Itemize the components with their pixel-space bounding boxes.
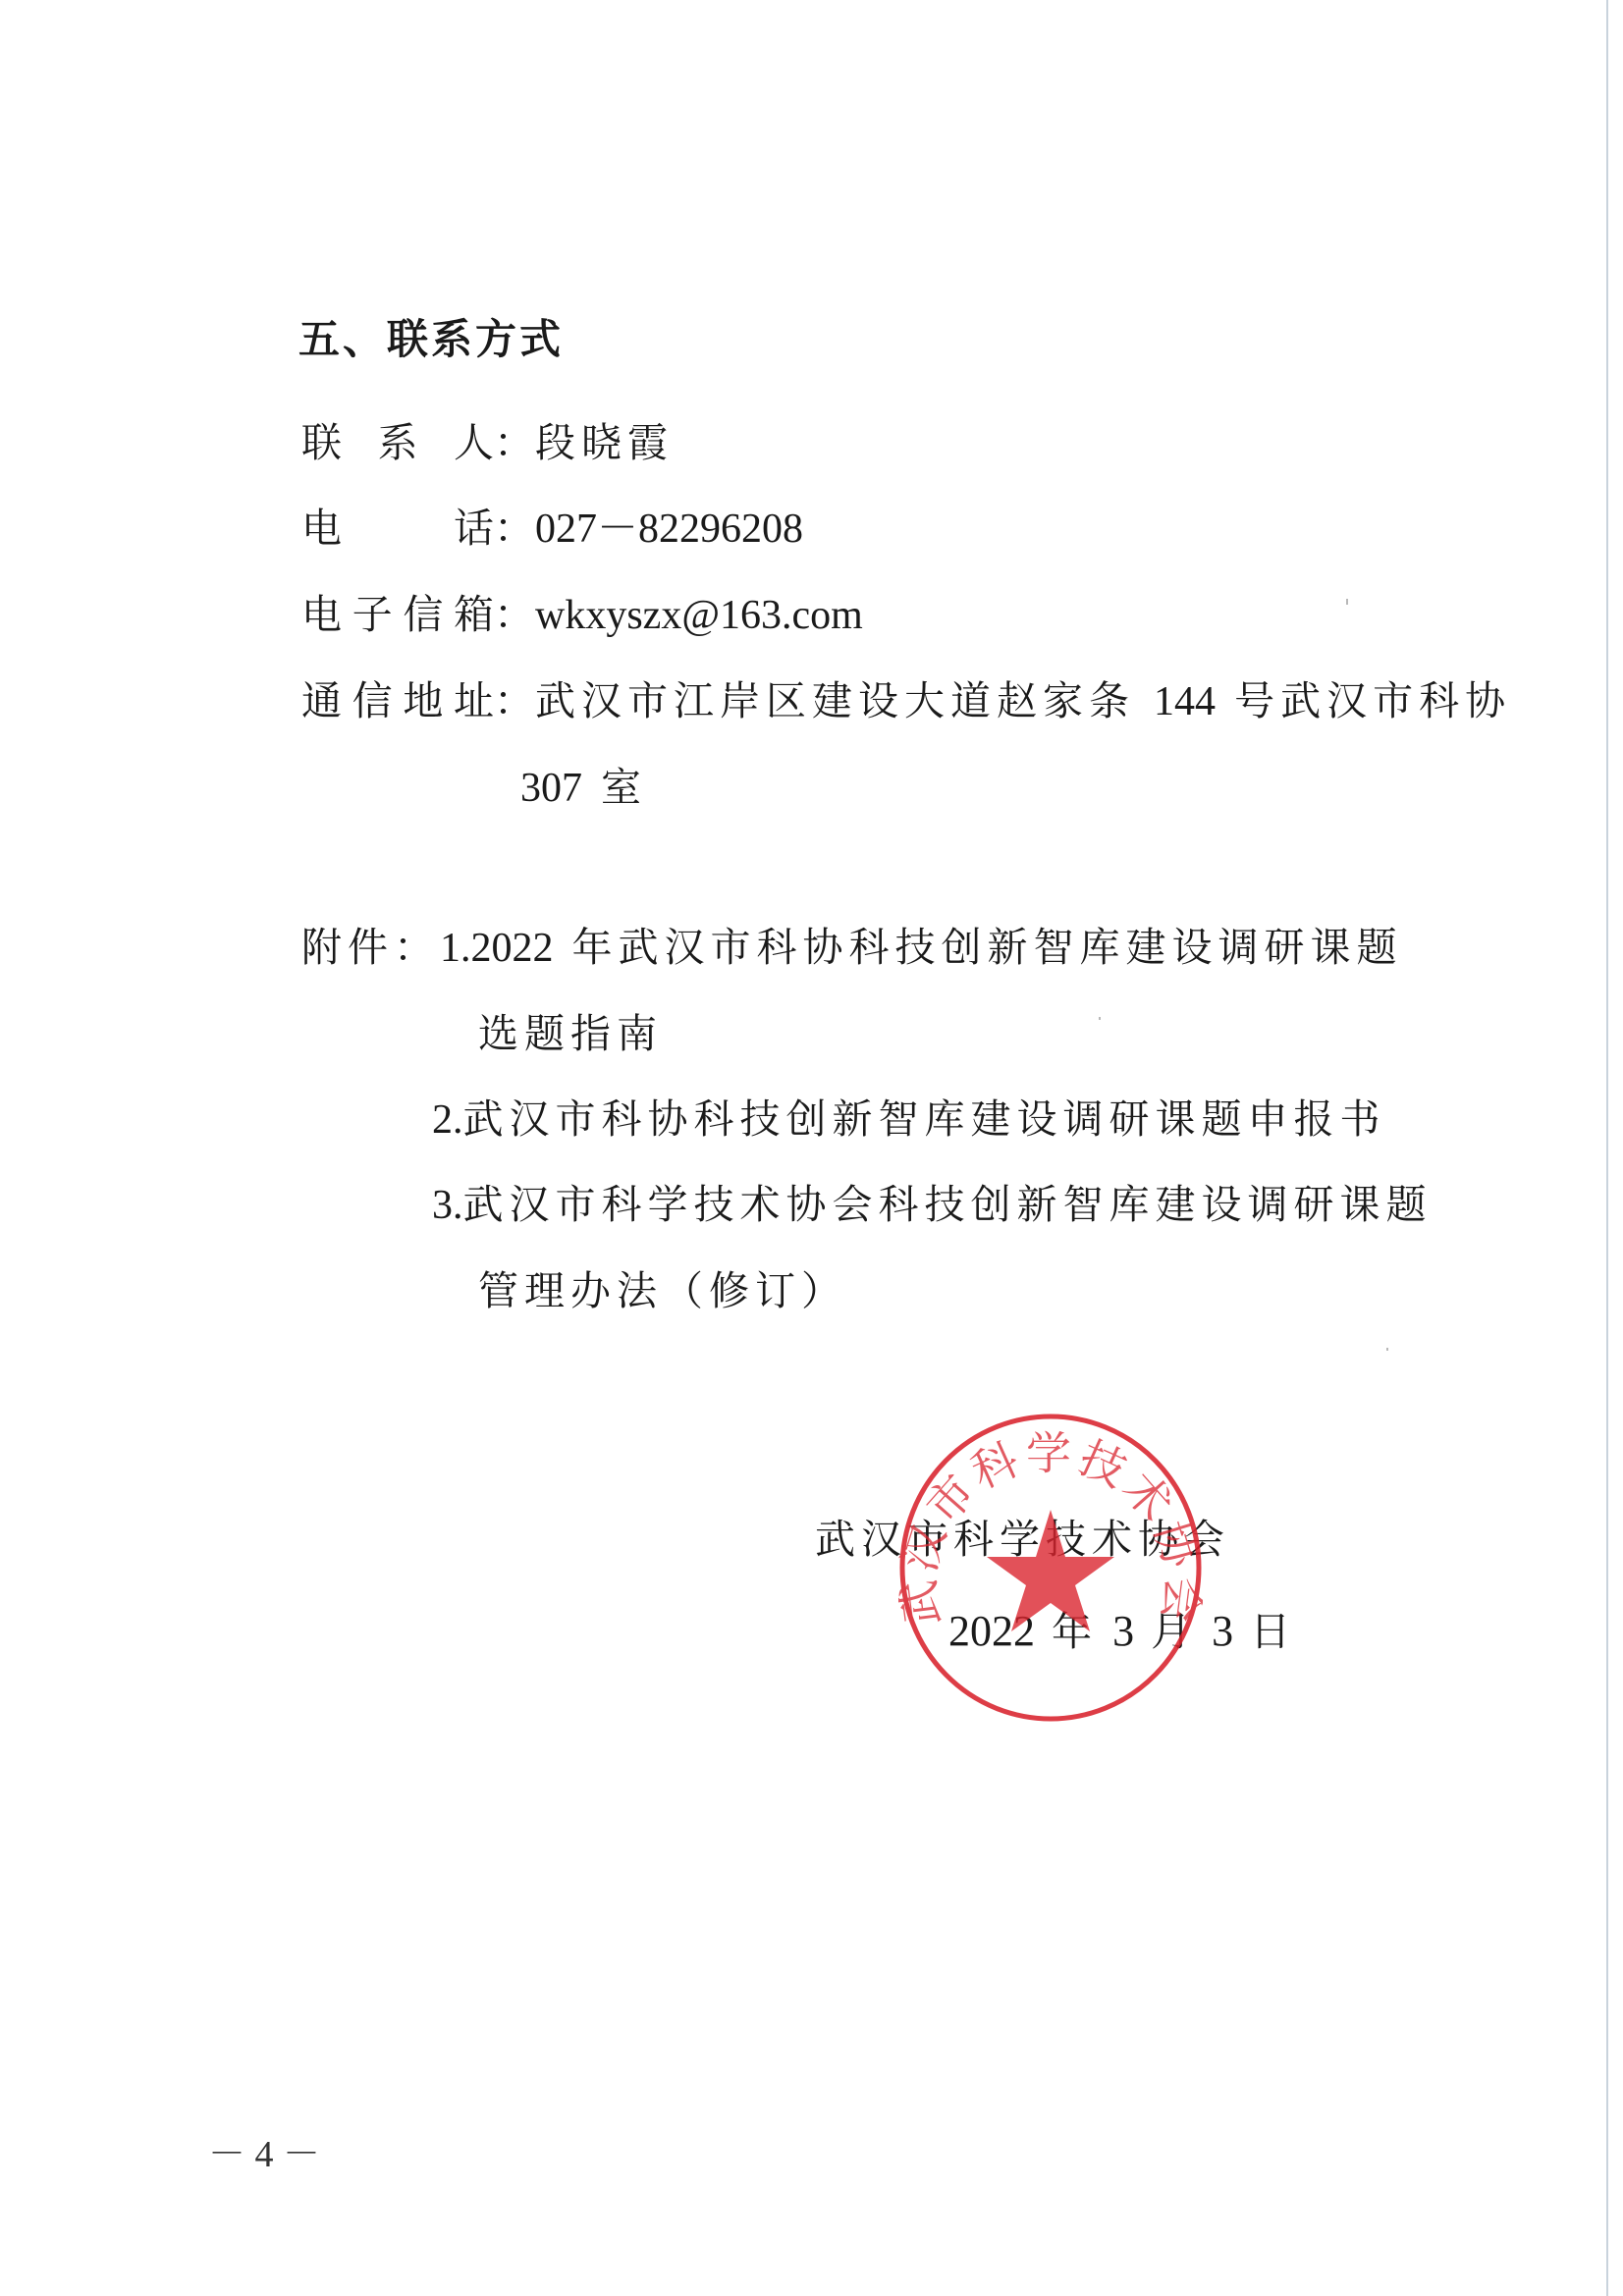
contact-address-number: 144: [1154, 679, 1216, 724]
contact-email-row: 电子信箱：wkxyszx@163.com: [301, 595, 863, 636]
contact-person-value: 段晓霞: [535, 419, 674, 466]
attachment-item-1: 附件：1.2022 年武汉市科协科技创新智库建设调研课题: [301, 928, 1403, 969]
attachment-2-title: 武汉市科协科技创新智库建设调研课题申报书: [463, 1095, 1386, 1143]
section-heading: 五、联系方式: [298, 319, 564, 360]
colon: ：: [494, 681, 535, 721]
contact-address-part-a: 武汉市江岸区建设大道赵家条: [535, 677, 1154, 724]
official-seal-stamp: 武汉市科学技术协会: [898, 1414, 1203, 1722]
colon: ：: [494, 595, 535, 635]
contact-address-label: 通信地址: [301, 681, 494, 721]
scan-speck: [1346, 599, 1348, 605]
document-page: 五、联系方式 联 系 人：段晓霞 电 话：027－82296208 电子信箱：w…: [0, 0, 1623, 2296]
date-day: 3: [1212, 1607, 1233, 1655]
date-day-unit: 日: [1233, 1608, 1294, 1655]
attachment-2-number: 2.: [432, 1097, 463, 1143]
contact-person-label: 联 系 人: [301, 423, 494, 463]
date-year-unit: 年: [1035, 1608, 1112, 1655]
attachments-label: 附件：: [301, 924, 440, 971]
contact-phone-label: 电 话: [301, 508, 494, 549]
date-month: 3: [1112, 1607, 1134, 1655]
contact-address-row: 通信地址：武汉市江岸区建设大道赵家条 144 号武汉市科协: [301, 681, 1511, 722]
contact-address-room-number: 307: [520, 766, 582, 811]
signature-organization: 武汉市科学技术协会: [815, 1520, 1230, 1560]
date-year: 2022: [948, 1607, 1035, 1655]
attachment-3-number: 3.: [432, 1183, 463, 1228]
scan-edge-line: [1606, 0, 1608, 2296]
attachment-1-number: 1.2022: [440, 926, 554, 971]
attachment-3-title: 武汉市科学技术协会科技创新智库建设调研课题: [463, 1181, 1433, 1228]
signature-date: 2022 年 3 月 3 日: [948, 1610, 1294, 1653]
attachment-item-1-continued: 选题指南: [478, 1014, 663, 1054]
attachment-item-3-continued: 管理办法（修订）: [478, 1271, 847, 1311]
attachment-item-2: 2.武汉市科协科技创新智库建设调研课题申报书: [432, 1099, 1386, 1141]
contact-phone-value: 027－82296208: [535, 507, 803, 552]
attachment-1-title: 年武汉市科协科技创新智库建设调研课题: [554, 924, 1403, 971]
page-number: － 4 －: [208, 2136, 320, 2173]
contact-email-label: 电子信箱: [301, 595, 494, 635]
contact-person-row: 联 系 人：段晓霞: [301, 423, 674, 463]
attachment-1-title-continued: 选题指南: [478, 1010, 663, 1057]
contact-email-value: wkxyszx@163.com: [535, 593, 863, 638]
contact-address-part-b: 号武汉市科协: [1216, 677, 1511, 724]
attachment-item-3: 3.武汉市科学技术协会科技创新智库建设调研课题: [432, 1185, 1433, 1226]
colon: ：: [494, 423, 535, 463]
scan-speck: [1386, 1348, 1388, 1351]
scan-speck: [1099, 1017, 1101, 1020]
attachment-3-title-continued: 管理办法（修订）: [478, 1267, 847, 1314]
contact-address-room-unit: 室: [582, 764, 647, 811]
contact-address-row-continued: 307 室: [520, 768, 647, 809]
date-month-unit: 月: [1134, 1608, 1212, 1655]
colon: ：: [494, 508, 535, 549]
contact-phone-row: 电 话：027－82296208: [301, 508, 803, 550]
